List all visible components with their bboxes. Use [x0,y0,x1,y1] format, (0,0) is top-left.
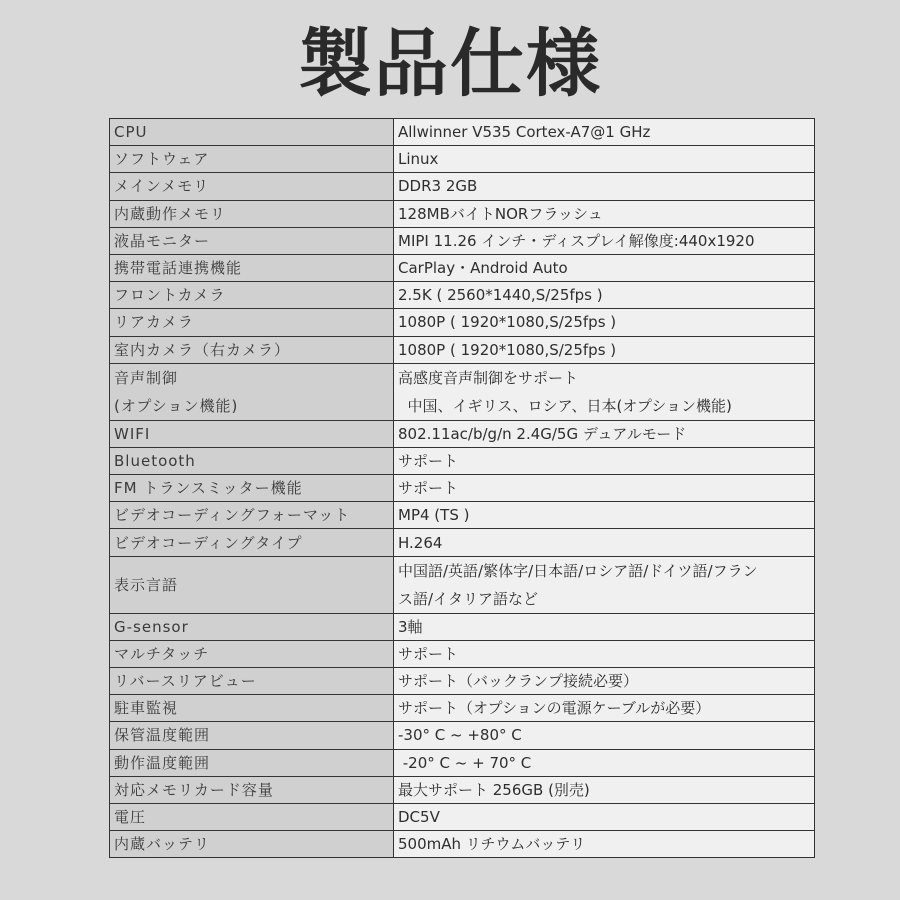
spec-label: メインメモリ [110,173,394,200]
spec-value-text: サポート（オプションの電源ケーブルが必要） [398,695,810,721]
spec-row: Bluetoothサポート [110,447,815,474]
spec-value-text: 500mAh リチウムバッテリ [398,831,810,857]
spec-value-text: 2.5K ( 2560*1440,S/25fps ) [398,282,810,308]
spec-row: マルチタッチサポート [110,640,815,667]
spec-value: DDR3 2GB [394,173,815,200]
spec-value-text: 128MBバイトNORフラッシュ [398,201,810,227]
spec-value: H.264 [394,529,815,556]
spec-value-text: MIPI 11.26 インチ・ディスプレイ解像度:440x1920 [398,228,810,254]
spec-row: 保管温度範囲-30° C ~ +80° C [110,722,815,749]
spec-row: CPUAllwinner V535 Cortex-A7@1 GHz [110,119,815,146]
spec-value-text: ス語/イタリア語など [398,585,810,613]
spec-label-text: 駐車監視 [114,695,389,721]
spec-label-text: 音声制御 [114,364,389,392]
spec-row: 内蔵動作メモリ128MBバイトNORフラッシュ [110,200,815,227]
spec-row: ソフトウェアLinux [110,146,815,173]
spec-label-text: 表示言語 [114,571,389,599]
spec-label-text: CPU [114,119,389,145]
spec-value-text: 最大サポート 256GB (別売) [398,777,810,803]
spec-value: DC5V [394,803,815,830]
spec-label: マルチタッチ [110,640,394,667]
spec-value: 500mAh リチウムバッテリ [394,831,815,858]
spec-label: 対応メモリカード容量 [110,776,394,803]
spec-row: リアカメラ1080P ( 1920*1080,S/25fps ) [110,309,815,336]
spec-value: 中国語/英語/繁体字/日本語/ロシア語/ドイツ語/フランス語/イタリア語など [394,556,815,613]
spec-row: G-sensor3軸 [110,613,815,640]
spec-row: フロントカメラ2.5K ( 2560*1440,S/25fps ) [110,282,815,309]
spec-label: リバースリアビュー [110,668,394,695]
spec-value-text: Allwinner V535 Cortex-A7@1 GHz [398,119,810,145]
spec-row: WIFI802.11ac/b/g/n 2.4G/5G デュアルモード [110,420,815,447]
spec-value-text: CarPlay・Android Auto [398,255,810,281]
spec-label-text: 室内カメラ（右カメラ） [114,337,389,363]
spec-value-text: -20° C ~ + 70° C [398,750,810,776]
spec-row: 音声制御(オプション機能)高感度音声制御をサポート 中国、イギリス、ロシア、日本… [110,363,815,420]
spec-label-text: マルチタッチ [114,641,389,667]
spec-label: ビデオコーディングフォーマット [110,502,394,529]
spec-row: 動作温度範囲 -20° C ~ + 70° C [110,749,815,776]
spec-value-text: -30° C ~ +80° C [398,722,810,748]
spec-row: 液晶モニターMIPI 11.26 インチ・ディスプレイ解像度:440x1920 [110,227,815,254]
spec-value: サポート [394,475,815,502]
spec-label: 音声制御(オプション機能) [110,363,394,420]
spec-label-text: 内蔵動作メモリ [114,201,389,227]
spec-value-text: 3軸 [398,614,810,640]
spec-label-text: 電圧 [114,804,389,830]
spec-value: 1080P ( 1920*1080,S/25fps ) [394,309,815,336]
spec-label: CPU [110,119,394,146]
spec-row: 対応メモリカード容量最大サポート 256GB (別売) [110,776,815,803]
spec-label: 液晶モニター [110,227,394,254]
spec-value: サポート（オプションの電源ケーブルが必要） [394,695,815,722]
spec-row: リバースリアビューサポート（バックランプ接続必要） [110,668,815,695]
spec-value: Allwinner V535 Cortex-A7@1 GHz [394,119,815,146]
spec-value: サポート [394,640,815,667]
spec-row: 携帯電話連携機能CarPlay・Android Auto [110,254,815,281]
spec-label: Bluetooth [110,447,394,474]
spec-value: Linux [394,146,815,173]
spec-value: 高感度音声制御をサポート 中国、イギリス、ロシア、日本(オプション機能) [394,363,815,420]
spec-label-text: フロントカメラ [114,282,389,308]
spec-value-text: サポート [398,475,810,501]
spec-value-text: サポート（バックランプ接続必要） [398,668,810,694]
spec-label: ビデオコーディングタイプ [110,529,394,556]
spec-label: G-sensor [110,613,394,640]
spec-label-text: G-sensor [114,614,389,640]
spec-value-text: DDR3 2GB [398,173,810,199]
spec-label: 室内カメラ（右カメラ） [110,336,394,363]
spec-row: メインメモリDDR3 2GB [110,173,815,200]
spec-value: 3軸 [394,613,815,640]
spec-value: サポート [394,447,815,474]
spec-label-text: ビデオコーディングフォーマット [114,502,389,528]
spec-label: WIFI [110,420,394,447]
spec-label: 動作温度範囲 [110,749,394,776]
spec-value-text: DC5V [398,804,810,830]
spec-value-text: 中国、イギリス、ロシア、日本(オプション機能) [398,392,810,420]
spec-value: 128MBバイトNORフラッシュ [394,200,815,227]
page-title: 製品仕様 [0,14,900,114]
spec-label: 携帯電話連携機能 [110,254,394,281]
spec-value-text: Linux [398,146,810,172]
spec-row: 内蔵バッテリ500mAh リチウムバッテリ [110,831,815,858]
spec-label-text: 液晶モニター [114,228,389,254]
spec-row: 室内カメラ（右カメラ）1080P ( 1920*1080,S/25fps ) [110,336,815,363]
spec-label: 駐車監視 [110,695,394,722]
spec-label-text: 動作温度範囲 [114,750,389,776]
spec-value: MP4 (TS ) [394,502,815,529]
spec-value-text: 1080P ( 1920*1080,S/25fps ) [398,337,810,363]
spec-label-text: Bluetooth [114,448,389,474]
spec-label: 内蔵動作メモリ [110,200,394,227]
spec-row: 電圧DC5V [110,803,815,830]
spec-value: サポート（バックランプ接続必要） [394,668,815,695]
spec-value-text: 中国語/英語/繁体字/日本語/ロシア語/ドイツ語/フラン [398,557,810,585]
spec-value: 最大サポート 256GB (別売) [394,776,815,803]
spec-value: MIPI 11.26 インチ・ディスプレイ解像度:440x1920 [394,227,815,254]
spec-value-text: サポート [398,641,810,667]
spec-value: 802.11ac/b/g/n 2.4G/5G デュアルモード [394,420,815,447]
spec-label: リアカメラ [110,309,394,336]
spec-label-text: WIFI [114,421,389,447]
spec-label: 保管温度範囲 [110,722,394,749]
spec-label-text: (オプション機能) [114,392,389,420]
spec-label-text: ソフトウェア [114,146,389,172]
spec-label-text: 内蔵バッテリ [114,831,389,857]
spec-value-text: 1080P ( 1920*1080,S/25fps ) [398,309,810,335]
spec-value-text: 高感度音声制御をサポート [398,364,810,392]
spec-label: 表示言語 [110,556,394,613]
spec-value: 1080P ( 1920*1080,S/25fps ) [394,336,815,363]
spec-row: FM トランスミッター機能サポート [110,475,815,502]
spec-label-text: 対応メモリカード容量 [114,777,389,803]
spec-row: ビデオコーディングフォーマットMP4 (TS ) [110,502,815,529]
spec-value-text: H.264 [398,530,810,556]
spec-label: 内蔵バッテリ [110,831,394,858]
spec-label-text: リアカメラ [114,309,389,335]
spec-row: ビデオコーディングタイプH.264 [110,529,815,556]
spec-label: 電圧 [110,803,394,830]
spec-value: -20° C ~ + 70° C [394,749,815,776]
spec-value-text: サポート [398,448,810,474]
spec-value-text: 802.11ac/b/g/n 2.4G/5G デュアルモード [398,421,810,447]
spec-label: FM トランスミッター機能 [110,475,394,502]
spec-label: ソフトウェア [110,146,394,173]
spec-table: CPUAllwinner V535 Cortex-A7@1 GHzソフトウェアL… [109,118,815,858]
spec-label: フロントカメラ [110,282,394,309]
spec-label-text: 保管温度範囲 [114,722,389,748]
spec-value-text: MP4 (TS ) [398,502,810,528]
spec-label-text: FM トランスミッター機能 [114,475,389,501]
spec-value: -30° C ~ +80° C [394,722,815,749]
spec-label-text: リバースリアビュー [114,668,389,694]
spec-label-text: ビデオコーディングタイプ [114,530,389,556]
spec-label-text: メインメモリ [114,173,389,199]
spec-label-text: 携帯電話連携機能 [114,255,389,281]
spec-row: 表示言語中国語/英語/繁体字/日本語/ロシア語/ドイツ語/フランス語/イタリア語… [110,556,815,613]
spec-value: 2.5K ( 2560*1440,S/25fps ) [394,282,815,309]
spec-row: 駐車監視サポート（オプションの電源ケーブルが必要） [110,695,815,722]
spec-value: CarPlay・Android Auto [394,254,815,281]
